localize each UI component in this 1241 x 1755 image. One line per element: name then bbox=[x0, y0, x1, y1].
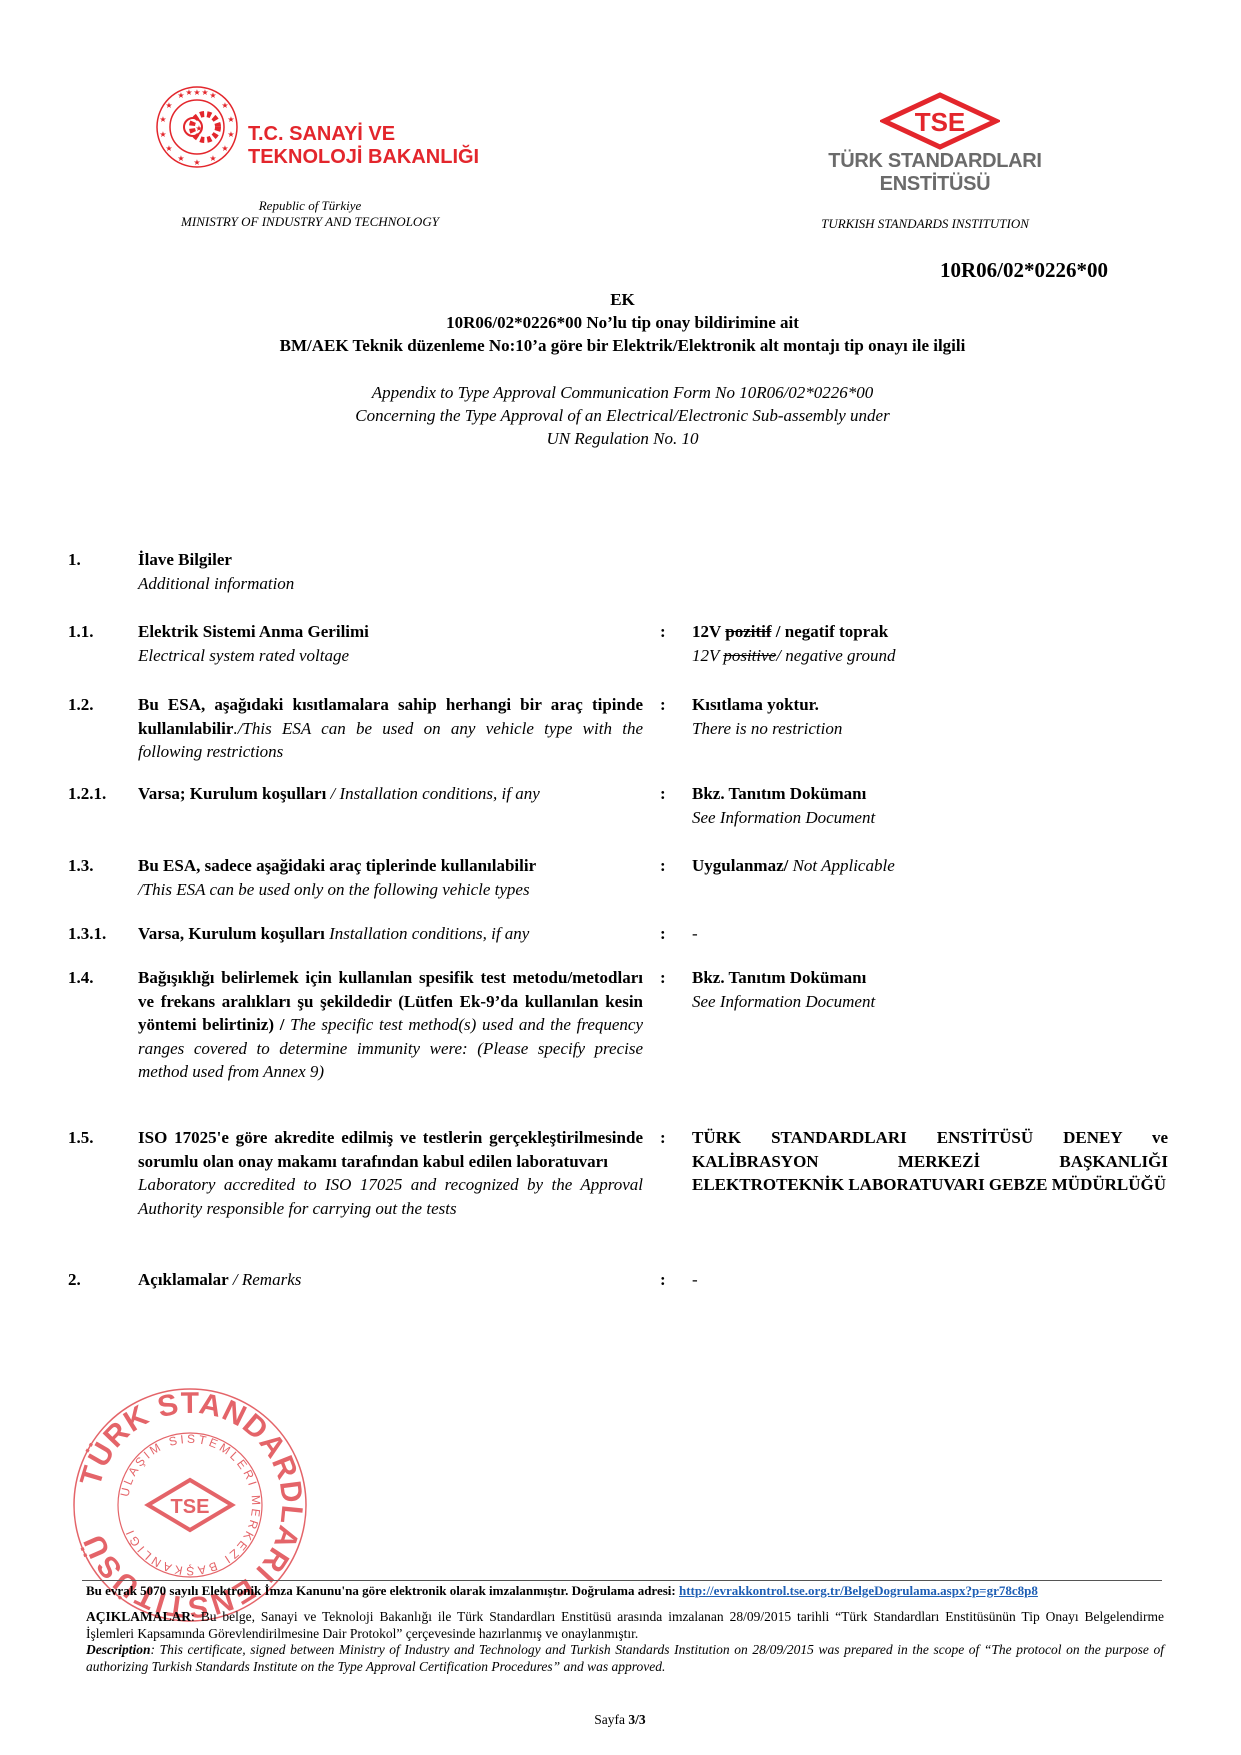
item-label-tr: Elektrik Sistemi Anma Gerilimi bbox=[138, 620, 643, 644]
notes-tr-text: : Bu belge, Sanayi ve Teknoloji Bakanlığ… bbox=[86, 1609, 1164, 1641]
item-label-tr: Bu ESA, sadece aşağidaki araç tiplerinde… bbox=[138, 854, 643, 878]
svg-text:★: ★ bbox=[159, 130, 166, 139]
svg-text:★: ★ bbox=[185, 88, 192, 97]
item-number: 1. bbox=[68, 548, 81, 572]
ministry-emblem-icon: ★★★ ★★★ ★★★ ★★★ ★★★★ ★ bbox=[155, 80, 240, 175]
item-label-en: Electrical system rated voltage bbox=[138, 644, 643, 668]
footer-notes: AÇIKLAMALAR: Bu belge, Sanayi ve Teknolo… bbox=[86, 1609, 1164, 1675]
ministry-caption-line2: MINISTRY OF INDUSTRY AND TECHNOLOGY bbox=[140, 214, 480, 230]
title-block: EK 10R06/02*0226*00 No’lu tip onay bildi… bbox=[150, 288, 1095, 357]
item-label: Bu ESA, aşağıdaki kısıtlamalara sahip he… bbox=[138, 693, 643, 764]
item-value-en: Not Applicable bbox=[788, 856, 894, 875]
item-label: Elektrik Sistemi Anma Gerilimi Electrica… bbox=[138, 620, 643, 667]
esign-notice: Bu evrak 5070 sayılı Elektronik İmza Kan… bbox=[86, 1583, 1038, 1599]
item-colon: : bbox=[660, 1126, 666, 1150]
item-value: Bkz. Tanıtım Dokümanı See Information Do… bbox=[692, 966, 1168, 1013]
item-value: TÜRK STANDARDLARI ENSTİTÜSÜ DENEY ve KAL… bbox=[692, 1126, 1168, 1197]
item-colon: : bbox=[660, 922, 666, 946]
item-label: Açıklamalar / Remarks bbox=[138, 1268, 643, 1292]
notes-en: Description: This certificate, signed be… bbox=[86, 1642, 1164, 1675]
value-prefix: 12V bbox=[692, 622, 725, 641]
notes-en-text: : This certificate, signed between Minis… bbox=[86, 1642, 1164, 1674]
svg-text:★: ★ bbox=[227, 115, 234, 124]
subtitle-line-2: Concerning the Type Approval of an Elect… bbox=[150, 404, 1095, 427]
item-number: 1.4. bbox=[68, 966, 94, 990]
item-value-tr: 12V pozitif / negatif toprak bbox=[692, 620, 1168, 644]
tse-logo: TSE bbox=[880, 92, 1000, 150]
document-number: 10R06/02*0226*00 bbox=[940, 258, 1108, 283]
item-number: 1.3.1. bbox=[68, 922, 106, 946]
subtitle-line-3: UN Regulation No. 10 bbox=[150, 427, 1095, 450]
title-line-3: BM/AEK Teknik düzenleme No:10’a göre bir… bbox=[150, 334, 1095, 357]
item-label-tr: Açıklamalar bbox=[138, 1270, 229, 1289]
item-value-tr: Uygulanmaz/ bbox=[692, 856, 788, 875]
item-label: Bağışıklığı belirlemek için kullanılan s… bbox=[138, 966, 643, 1084]
value-suffix: / negatif toprak bbox=[772, 622, 889, 641]
item-number: 1.5. bbox=[68, 1126, 94, 1150]
svg-text:TSE: TSE bbox=[915, 107, 966, 137]
item-label-tr: Varsa, Kurulum koşulları bbox=[138, 924, 325, 943]
svg-text:★: ★ bbox=[209, 154, 216, 163]
svg-text:★: ★ bbox=[201, 88, 208, 97]
svg-text:★: ★ bbox=[195, 124, 202, 133]
item-label: İlave Bilgiler Additional information bbox=[138, 548, 643, 595]
svg-text:★: ★ bbox=[165, 101, 172, 110]
tse-caption: TURKISH STANDARDS INSTITUTION bbox=[760, 216, 1090, 232]
item-colon: : bbox=[660, 966, 666, 990]
ministry-caption-line1: Republic of Türkiye bbox=[140, 198, 480, 214]
svg-text:★: ★ bbox=[177, 91, 184, 100]
notes-tr: AÇIKLAMALAR: Bu belge, Sanayi ve Teknolo… bbox=[86, 1609, 1164, 1642]
page-number: Sayfa 3/3 bbox=[540, 1712, 700, 1728]
ministry-name-line2: TEKNOLOJİ BAKANLIĞI bbox=[248, 146, 479, 169]
page-value: 3/3 bbox=[628, 1712, 645, 1727]
item-value-en: 12V positive/ negative ground bbox=[692, 644, 1168, 668]
item-label: Varsa, Kurulum koşulları Installation co… bbox=[138, 922, 643, 946]
title-line-2: 10R06/02*0226*00 No’lu tip onay bildirim… bbox=[150, 311, 1095, 334]
item-label-en: Additional information bbox=[138, 572, 643, 596]
item-label: Varsa; Kurulum koşulları / Installation … bbox=[138, 782, 643, 806]
value-prefix: 12V bbox=[692, 646, 723, 665]
esign-text: Bu evrak 5070 sayılı Elektronik İmza Kan… bbox=[86, 1583, 679, 1598]
item-label-tr: İlave Bilgiler bbox=[138, 548, 643, 572]
svg-text:★: ★ bbox=[159, 115, 166, 124]
svg-text:★: ★ bbox=[193, 158, 200, 167]
ministry-name-line1: T.C. SANAYİ VE bbox=[248, 123, 479, 146]
tse-name: TÜRK STANDARDLARI ENSTİTÜSÜ bbox=[785, 150, 1085, 196]
item-label: Bu ESA, sadece aşağidaki araç tiplerinde… bbox=[138, 854, 643, 901]
item-label-en: / Remarks bbox=[229, 1270, 302, 1289]
notes-en-label: Description bbox=[86, 1642, 151, 1657]
item-value-tr: Bkz. Tanıtım Dokümanı bbox=[692, 966, 1168, 990]
svg-text:★: ★ bbox=[165, 144, 172, 153]
struck-text: pozitif bbox=[725, 622, 771, 641]
item-value: Kısıtlama yoktur. There is no restrictio… bbox=[692, 693, 1168, 740]
item-value-en: There is no restriction bbox=[692, 717, 1168, 741]
svg-text:★: ★ bbox=[209, 91, 216, 100]
item-label-en: Installation conditions, if any bbox=[325, 924, 529, 943]
item-value: 12V pozitif / negatif toprak 12V positiv… bbox=[692, 620, 1168, 667]
svg-text:★: ★ bbox=[221, 101, 228, 110]
item-colon: : bbox=[660, 620, 666, 644]
verification-link[interactable]: http://evrakkontrol.tse.org.tr/BelgeDogr… bbox=[679, 1583, 1038, 1598]
item-value-en: See Information Document bbox=[692, 990, 1168, 1014]
tse-diamond-icon: TSE bbox=[880, 92, 1000, 150]
svg-text:TSE: TSE bbox=[171, 1496, 210, 1518]
item-number: 1.2. bbox=[68, 693, 94, 717]
item-label-en: Laboratory accredited to ISO 17025 and r… bbox=[138, 1173, 643, 1220]
item-value-en: See Information Document bbox=[692, 806, 1168, 830]
svg-text:★: ★ bbox=[177, 154, 184, 163]
item-value: Uygulanmaz/ Not Applicable bbox=[692, 854, 1168, 878]
ministry-name: T.C. SANAYİ VE TEKNOLOJİ BAKANLIĞI bbox=[248, 123, 479, 169]
svg-text:★: ★ bbox=[227, 130, 234, 139]
item-label-tr: ISO 17025'e göre akredite edilmiş ve tes… bbox=[138, 1126, 643, 1173]
item-value: - bbox=[692, 922, 1168, 946]
item-number: 2. bbox=[68, 1268, 81, 1292]
item-value: - bbox=[692, 1268, 1168, 1292]
svg-text:★: ★ bbox=[221, 144, 228, 153]
title-line-ek: EK bbox=[150, 288, 1095, 311]
item-value-tr: Bkz. Tanıtım Dokümanı bbox=[692, 782, 1168, 806]
item-label-en: / Installation conditions, if any bbox=[326, 784, 539, 803]
svg-text:★: ★ bbox=[193, 88, 200, 97]
ministry-caption: Republic of Türkiye MINISTRY OF INDUSTRY… bbox=[140, 198, 480, 230]
item-colon: : bbox=[660, 693, 666, 717]
subtitle-line-1: Appendix to Type Approval Communication … bbox=[150, 381, 1095, 404]
item-number: 1.2.1. bbox=[68, 782, 106, 806]
item-number: 1.3. bbox=[68, 854, 94, 878]
item-colon: : bbox=[660, 782, 666, 806]
item-colon: : bbox=[660, 854, 666, 878]
struck-text: positive bbox=[723, 646, 776, 665]
value-suffix: / negative ground bbox=[776, 646, 895, 665]
item-colon: : bbox=[660, 1268, 666, 1292]
page-label: Sayfa bbox=[594, 1712, 628, 1727]
item-value-tr: Kısıtlama yoktur. bbox=[692, 693, 1168, 717]
footer-divider bbox=[82, 1580, 1162, 1581]
item-number: 1.1. bbox=[68, 620, 94, 644]
item-label-en: /This ESA can be used only on the follow… bbox=[138, 878, 643, 902]
subtitle-block: Appendix to Type Approval Communication … bbox=[150, 381, 1095, 450]
notes-tr-label: AÇIKLAMALAR bbox=[86, 1609, 191, 1624]
item-label-tr: Varsa; Kurulum koşulları bbox=[138, 784, 326, 803]
item-value: Bkz. Tanıtım Dokümanı See Information Do… bbox=[692, 782, 1168, 829]
item-label: ISO 17025'e göre akredite edilmiş ve tes… bbox=[138, 1126, 643, 1220]
